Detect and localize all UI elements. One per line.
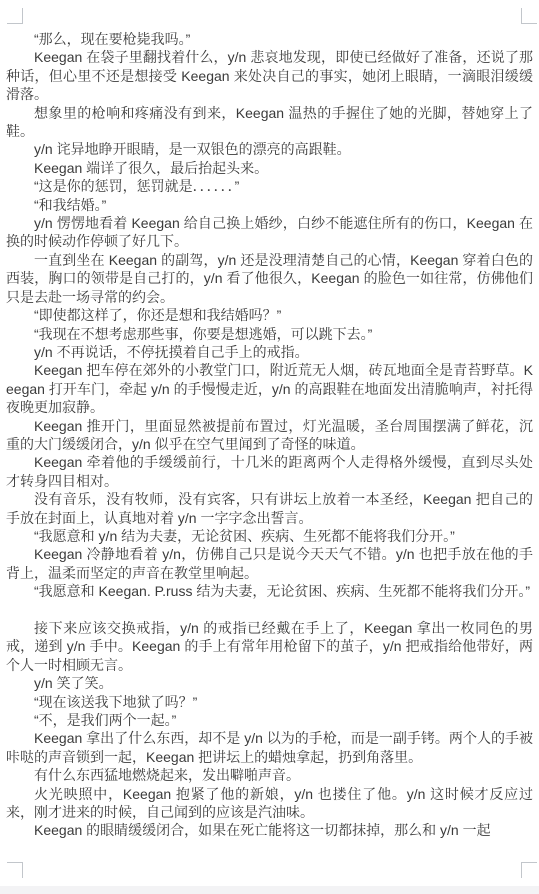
paragraph: Keegan 把车停在郊外的小教堂门口，附近荒无人烟，砖瓦地面全是青苔野草。Ke… xyxy=(6,361,533,416)
paragraph: y/n 诧异地睁开眼睛，是一双银色的漂亮的高跟鞋。 xyxy=(6,140,533,158)
paragraph: “这是你的惩罚，惩罚就是．．．．．．” xyxy=(6,177,533,195)
crop-mark-top-left-icon xyxy=(7,8,23,24)
paragraph: “即使都这样了，你还是想和我结婚吗？” xyxy=(6,306,533,324)
paragraph: “我愿意和 y/n 结为夫妻，无论贫困、疾病、生死都不能将我们分开。” xyxy=(6,527,533,545)
paragraph: 火光映照中，Keegan 抱紧了他的新娘，y/n 也搂住了他。y/n 这时候才反… xyxy=(6,785,533,822)
paragraph: y/n 笑了笑。 xyxy=(6,674,533,692)
paragraph: 一直到坐在 Keegan 的副驾，y/n 还是没理清楚自己的心情，Keegan … xyxy=(6,251,533,306)
paragraph: 接下来应该交换戒指，y/n 的戒指已经戴在手上了，Keegan 拿出一枚同色的男… xyxy=(6,619,533,674)
paragraph: Keegan 推开门，里面显然被提前布置过，灯光温暖，圣台周围摆满了鲜花，沉重的… xyxy=(6,417,533,454)
crop-mark-top-right-icon xyxy=(521,8,537,24)
paragraph: 想象里的枪响和疼痛没有到来，Keegan 温热的手握住了她的光脚，替她穿上了鞋。 xyxy=(6,104,533,141)
paragraph: Keegan 冷静地看着 y/n，仿佛自己只是说今天天气不错。y/n 也把手放在… xyxy=(6,545,533,582)
paragraph: “不，是我们两个一起。” xyxy=(6,711,533,729)
paragraph: Keegan 端详了很久，最后抬起头来。 xyxy=(6,159,533,177)
crop-mark-bottom-right-icon xyxy=(521,862,537,878)
paragraph: “现在该送我下地狱了吗？” xyxy=(6,693,533,711)
paragraph: “我现在不想考虑那些事，你要是想逃婚，可以跳下去。” xyxy=(6,325,533,343)
crop-mark-bottom-left-icon xyxy=(7,862,23,878)
paragraph: Keegan 牵着他的手缓缓前行，十几米的距离两个人走得格外缓慢，直到尽头处才转… xyxy=(6,453,533,490)
paragraph: 有什么东西猛地燃烧起来，发出噼啪声音。 xyxy=(6,766,533,784)
paragraph: Keegan 的眼睛缓缓闭合，如果在死亡能将这一切都抹掉，那么和 y/n 一起 xyxy=(6,821,533,839)
paragraph: “那么，现在要枪毙我吗。” xyxy=(6,30,533,48)
paragraph: 没有音乐，没有牧师，没有宾客，只有讲坛上放着一本圣经，Keegan 把自己的手放… xyxy=(6,490,533,527)
paragraph xyxy=(6,601,533,619)
paragraph: y/n 不再说话，不停抚摸着自己手上的戒指。 xyxy=(6,343,533,361)
paragraph: Keegan 拿出了什么东西，却不是 y/n 以为的手枪，而是一副手铐。两个人的… xyxy=(6,729,533,766)
paragraph: “我愿意和 Keegan. P.russ 结为夫妻，无论贫困、疾病、生死都不能将… xyxy=(6,582,533,600)
paragraph: Keegan 在袋子里翻找着什么，y/n 悲哀地发现，即使已经做好了准备，还说了… xyxy=(6,48,533,103)
paragraph: y/n 愣愣地看着 Keegan 给自己换上婚纱，白纱不能遮住所有的伤口，Kee… xyxy=(6,214,533,251)
page-bottom-edge xyxy=(0,886,539,894)
document-page: “那么，现在要枪毙我吗。”Keegan 在袋子里翻找着什么，y/n 悲哀地发现，… xyxy=(0,0,539,886)
paragraph: “和我结婚。” xyxy=(6,196,533,214)
page-text: “那么，现在要枪毙我吗。”Keegan 在袋子里翻找着什么，y/n 悲哀地发现，… xyxy=(6,30,533,840)
